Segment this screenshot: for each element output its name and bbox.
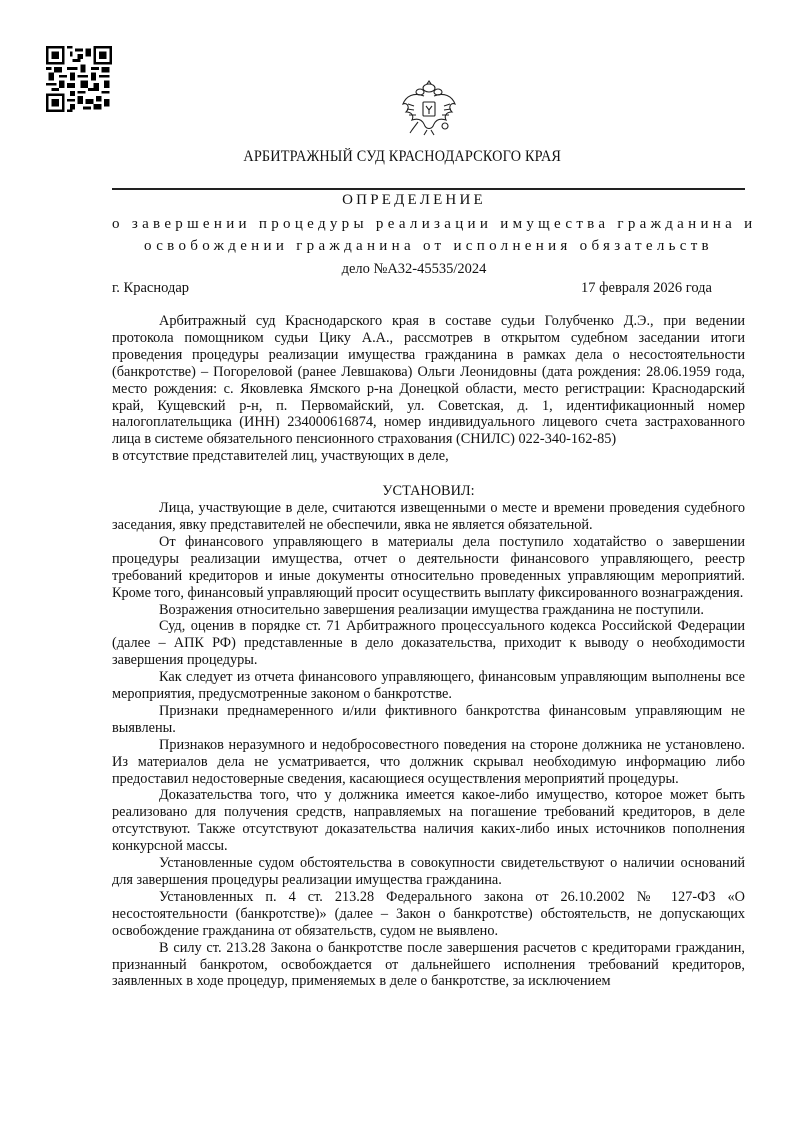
paragraph: От финансового управляющего в материалы … [112,534,745,602]
document-type: ОПРЕДЕЛЕНИЕ [0,192,800,209]
case-number: дело №А32-45535/2024 [0,261,800,278]
paragraph: Лица, участвующие в деле, считаются изве… [112,500,745,534]
paragraph: Доказательства того, что у должника имее… [112,787,745,855]
paragraph: Установленные судом обстоятельства в сов… [112,855,745,889]
paragraph: В силу ст. 213.28 Закона о банкротстве п… [112,940,745,991]
document-body: Арбитражный суд Краснодарского края в со… [112,313,745,990]
absence-paragraph: в отсутствие представителей лиц, участву… [112,448,745,465]
qr-code-icon [46,46,112,112]
section-heading: УСТАНОВИЛ: [112,483,745,500]
intro-paragraph: Арбитражный суд Краснодарского края в со… [112,313,745,448]
document-date: 17 февраля 2026 года [581,280,712,297]
document-subtitle-line-1: о завершении процедуры реализации имущес… [112,216,745,233]
header-divider [112,188,745,190]
paragraph: Как следует из отчета финансового управл… [112,669,745,703]
coat-of-arms-icon [400,78,458,138]
court-name: АРБИТРАЖНЫЙ СУД КРАСНОДАРСКОГО КРАЯ [34,148,770,166]
paragraph: Признаков неразумного и недобросовестног… [112,737,745,788]
paragraph: Установленных п. 4 ст. 213.28 Федерально… [112,889,745,940]
document-subtitle-line-2: освобождении гражданина от исполнения об… [112,238,745,255]
paragraph: Возражения относительно завершения реали… [112,602,745,619]
city: г. Краснодар [112,280,189,297]
paragraph: Суд, оценив в порядке ст. 71 Арбитражног… [112,618,745,669]
paragraph: Признаки преднамеренного и/или фиктивног… [112,703,745,737]
